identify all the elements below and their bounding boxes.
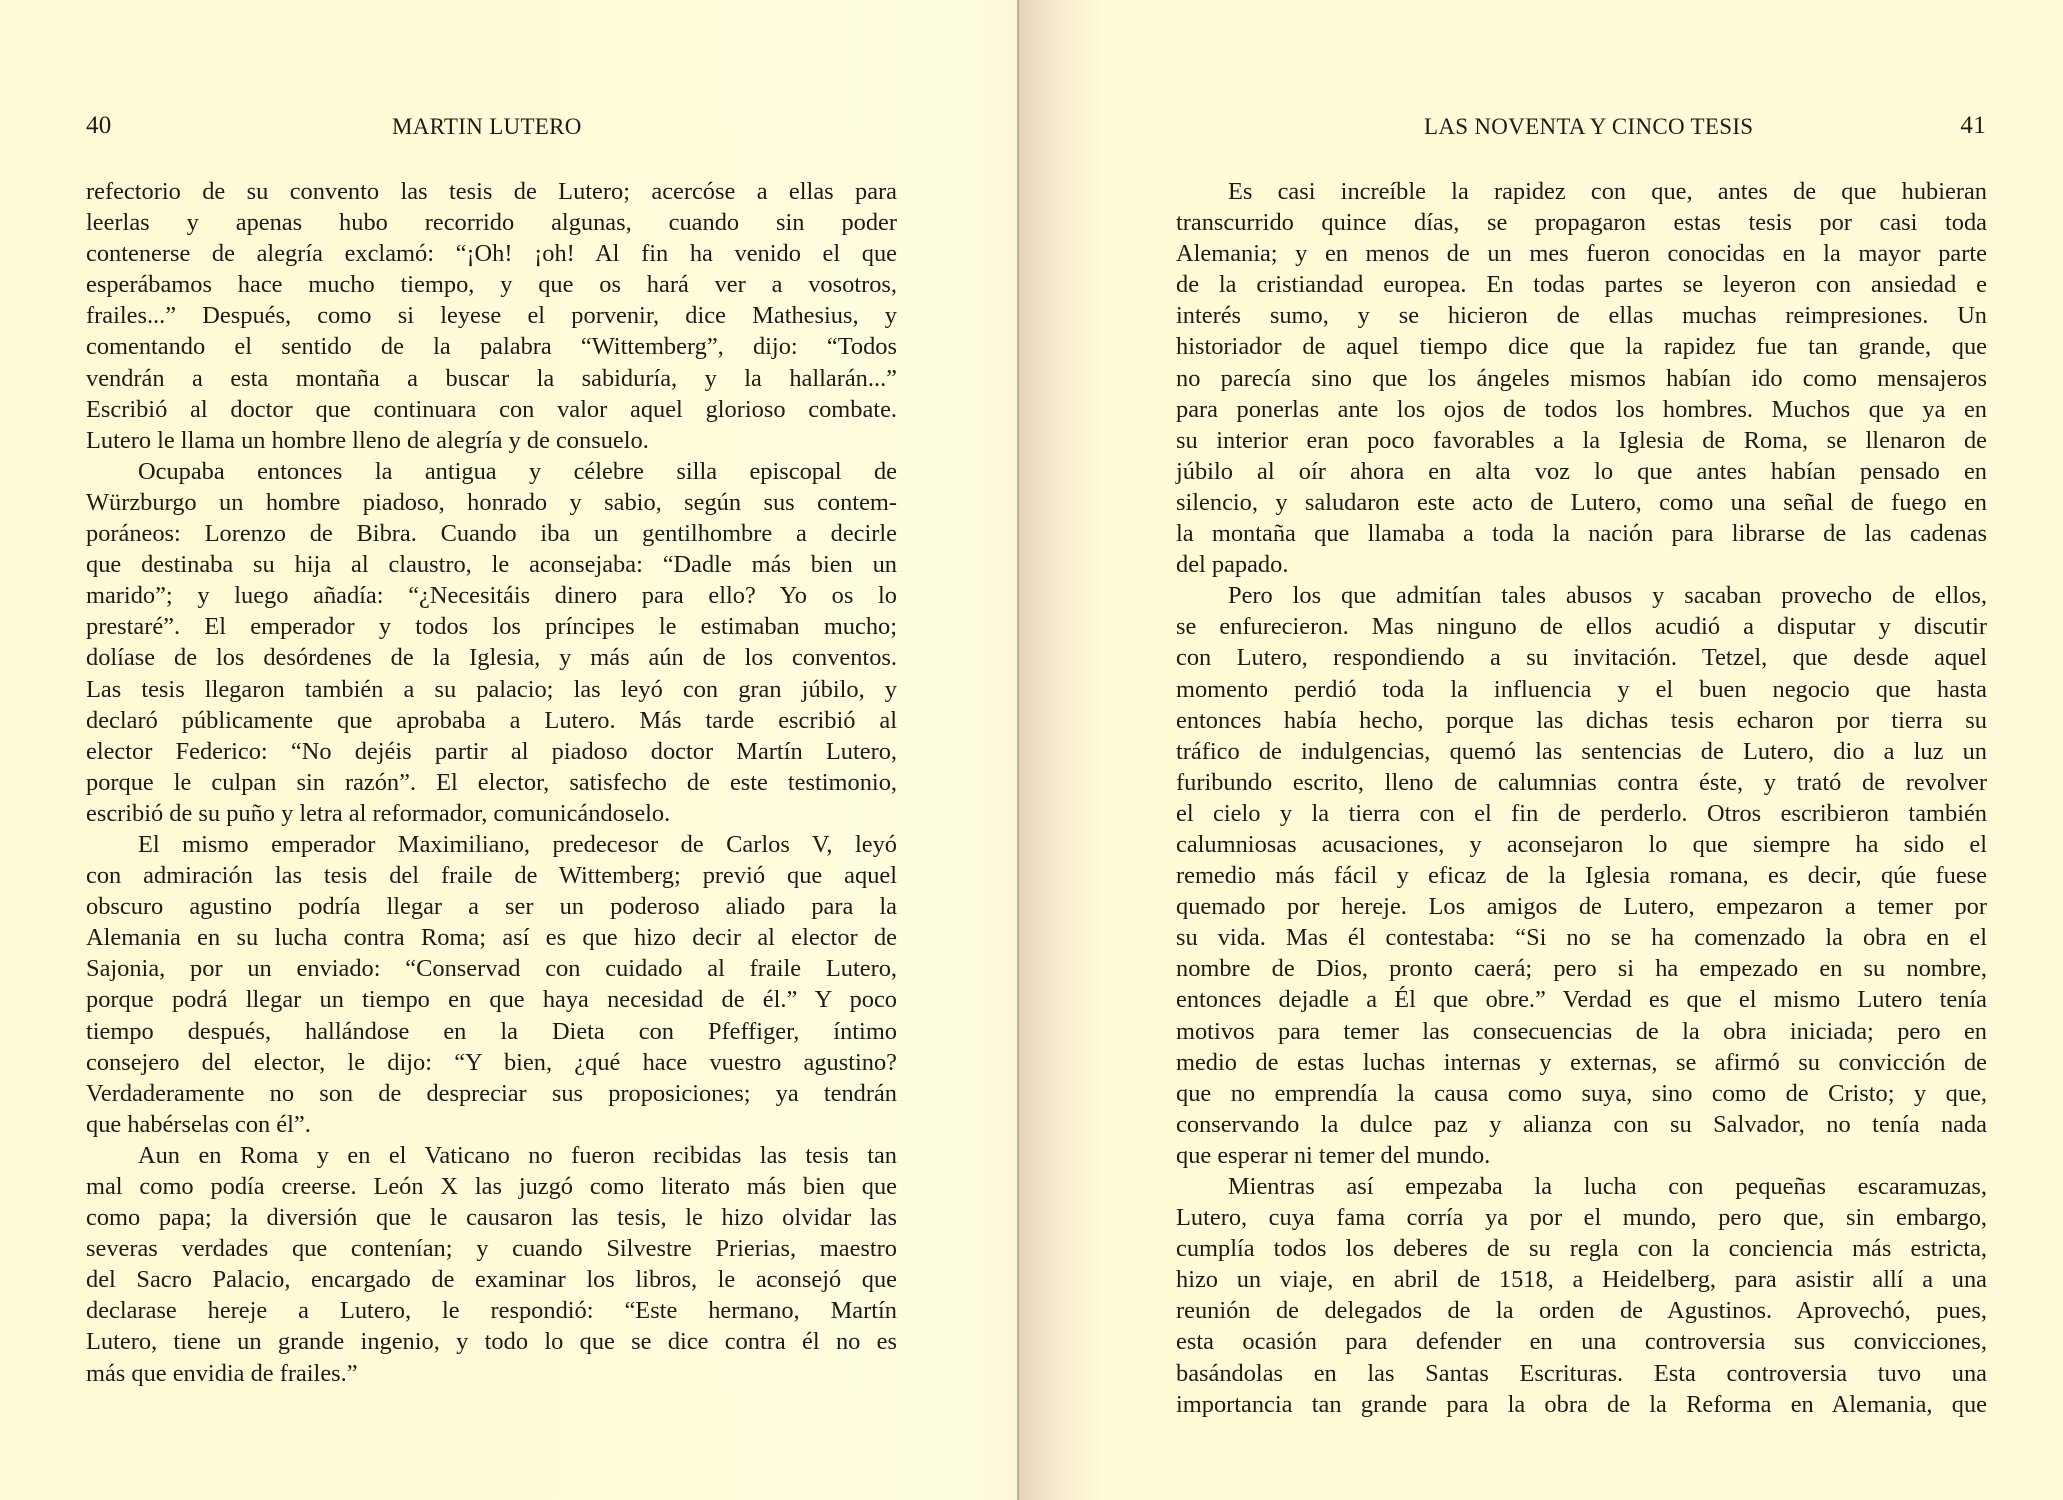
text-line: que habérselas con él”. <box>86 1109 897 1140</box>
running-head: MARTIN LUTERO <box>392 114 582 140</box>
text-line: calumniosas acusaciones, y aconsejaron l… <box>1176 829 1987 860</box>
text-line: elector Federico: “No dejéis partir al p… <box>86 736 897 767</box>
right-page-header: LAS NOVENTA Y CINCO TESIS 41 <box>1176 114 1986 150</box>
text-line: declarase hereje a Lutero, le respondió:… <box>86 1295 897 1326</box>
text-line: frailes...” Después, como si leyese el p… <box>86 300 897 331</box>
text-line: Las tesis llegaron también a su palacio;… <box>86 674 897 705</box>
text-line: Alemania en su lucha contra Roma; así es… <box>86 922 897 953</box>
text-line: Escribió al doctor que continuara con va… <box>86 394 897 425</box>
left-page: 40 MARTIN LUTERO refectorio de su conven… <box>0 0 1018 1500</box>
text-line: que esperar ni temer del mundo. <box>1176 1140 1987 1171</box>
text-line: más que envidia de frailes.” <box>86 1358 897 1389</box>
page-number: 40 <box>86 112 112 140</box>
text-line: interés sumo, y se hicieron de ellas muc… <box>1176 300 1987 331</box>
text-line: reunión de delegados de la orden de Agus… <box>1176 1295 1987 1326</box>
text-line: tiempo después, hallándose en la Dieta c… <box>86 1016 897 1047</box>
text-line: Es casi increíble la rapidez con que, an… <box>1176 176 1987 207</box>
text-line: júbilo al oír ahora en alta voz lo que a… <box>1176 456 1987 487</box>
right-page-body: Es casi increíble la rapidez con que, an… <box>1176 176 1987 1420</box>
text-line: mal como podía creerse. León X las juzgó… <box>86 1171 897 1202</box>
text-line: entonces dejadle a Él que obre.” Verdad … <box>1176 984 1987 1015</box>
text-line: para ponerlas ante los ojos de todos los… <box>1176 394 1987 425</box>
text-line: Ocupaba entonces la antigua y célebre si… <box>86 456 897 487</box>
text-line: esta ocasión para defender en una contro… <box>1176 1326 1987 1357</box>
text-line: esperábamos hace mucho tiempo, y que os … <box>86 269 897 300</box>
text-line: transcurrido quince días, se propagaron … <box>1176 207 1987 238</box>
text-line: del Sacro Palacio, encargado de examinar… <box>86 1264 897 1295</box>
text-line: furibundo escrito, lleno de calumnias co… <box>1176 767 1987 798</box>
text-line: Alemania; y en menos de un mes fueron co… <box>1176 238 1987 269</box>
text-line: cumplía todos los deberes de su regla co… <box>1176 1233 1987 1264</box>
running-head: LAS NOVENTA Y CINCO TESIS <box>1424 114 1753 140</box>
paragraph: Pero los que admitían tales abusos y sac… <box>1176 580 1987 1171</box>
text-line: escribió de su puño y letra al reformado… <box>86 798 897 829</box>
text-line: como papa; la diversión que le causaron … <box>86 1202 897 1233</box>
text-line: dolíase de los desórdenes de la Iglesia,… <box>86 642 897 673</box>
text-line: que no emprendía la causa como suya, sin… <box>1176 1078 1987 1109</box>
text-line: Lutero le llama un hombre lleno de alegr… <box>86 425 897 456</box>
text-line: importancia tan grande para la obra de l… <box>1176 1389 1987 1420</box>
text-line: quemado por hereje. Los amigos de Lutero… <box>1176 891 1987 922</box>
text-line: leerlas y apenas hubo recorrido algunas,… <box>86 207 897 238</box>
text-line: su vida. Mas él contestaba: “Si no se ha… <box>1176 922 1987 953</box>
text-line: con admiración las tesis del fraile de W… <box>86 860 897 891</box>
book-spread: 40 MARTIN LUTERO refectorio de su conven… <box>0 0 2063 1500</box>
page-number: 41 <box>1960 112 1986 140</box>
text-line: declaró públicamente que aprobaba a Lute… <box>86 705 897 736</box>
text-line: porque podrá llegar un tiempo en que hay… <box>86 984 897 1015</box>
text-line: que destinaba su hija al claustro, le ac… <box>86 549 897 580</box>
text-line: poráneos: Lorenzo de Bibra. Cuando iba u… <box>86 518 897 549</box>
text-line: comentando el sentido de la palabra “Wit… <box>86 331 897 362</box>
text-line: el cielo y la tierra con el fin de perde… <box>1176 798 1987 829</box>
text-line: la montaña que llamaba a toda la nación … <box>1176 518 1987 549</box>
text-line: tráfico de indulgencias, quemó las sente… <box>1176 736 1987 767</box>
text-line: Lutero, cuya fama corría ya por el mundo… <box>1176 1202 1987 1233</box>
text-line: no parecía sino que los ángeles mismos h… <box>1176 363 1987 394</box>
text-line: momento perdió toda la influencia y el b… <box>1176 674 1987 705</box>
right-page: LAS NOVENTA Y CINCO TESIS 41 Es casi inc… <box>1018 0 2063 1500</box>
paragraph: Es casi increíble la rapidez con que, an… <box>1176 176 1987 580</box>
text-line: Verdaderamente no son de despreciar sus … <box>86 1078 897 1109</box>
text-line: Aun en Roma y en el Vaticano no fueron r… <box>86 1140 897 1171</box>
text-line: remedio más fácil y eficaz de la Iglesia… <box>1176 860 1987 891</box>
text-line: se enfurecieron. Mas ninguno de ellos ac… <box>1176 611 1987 642</box>
text-line: contenerse de alegría exclamó: “¡Oh! ¡oh… <box>86 238 897 269</box>
text-line: El mismo emperador Maximiliano, predeces… <box>86 829 897 860</box>
text-line: severas verdades que contenían; y cuando… <box>86 1233 897 1264</box>
text-line: porque le culpan sin razón”. El elector,… <box>86 767 897 798</box>
text-line: medio de estas luchas internas y externa… <box>1176 1047 1987 1078</box>
text-line: marido”; y luego añadía: “¿Necesitáis di… <box>86 580 897 611</box>
text-line: conservando la dulce paz y alianza con s… <box>1176 1109 1987 1140</box>
text-line: refectorio de su convento las tesis de L… <box>86 176 897 207</box>
text-line: Mientras así empezaba la lucha con peque… <box>1176 1171 1987 1202</box>
text-line: historiador de aquel tiempo dice que la … <box>1176 331 1987 362</box>
left-page-header: 40 MARTIN LUTERO <box>86 114 896 150</box>
paragraph: El mismo emperador Maximiliano, predeces… <box>86 829 897 1140</box>
text-line: entonces había hecho, porque las dichas … <box>1176 705 1987 736</box>
text-line: del papado. <box>1176 549 1987 580</box>
text-line: nombre de Dios, pronto caerá; pero si ha… <box>1176 953 1987 984</box>
text-line: silencio, y saludaron este acto de Luter… <box>1176 487 1987 518</box>
text-line: Pero los que admitían tales abusos y sac… <box>1176 580 1987 611</box>
paragraph: Mientras así empezaba la lucha con peque… <box>1176 1171 1987 1420</box>
left-page-body: refectorio de su convento las tesis de L… <box>86 176 897 1389</box>
text-line: Lutero, tiene un grande ingenio, y todo … <box>86 1326 897 1357</box>
paragraph: Ocupaba entonces la antigua y célebre si… <box>86 456 897 829</box>
text-line: vendrán a esta montaña a buscar la sabid… <box>86 363 897 394</box>
text-line: motivos para temer las consecuencias de … <box>1176 1016 1987 1047</box>
text-line: obscuro agustino podría llegar a ser un … <box>86 891 897 922</box>
text-line: hizo un viaje, en abril de 1518, a Heide… <box>1176 1264 1987 1295</box>
book-gutter <box>1017 0 1019 1500</box>
text-line: con Lutero, respondiendo a su invitación… <box>1176 642 1987 673</box>
text-line: de la cristiandad europea. En todas part… <box>1176 269 1987 300</box>
text-line: Sajonia, por un enviado: “Conservad con … <box>86 953 897 984</box>
paragraph: Aun en Roma y en el Vaticano no fueron r… <box>86 1140 897 1389</box>
paragraph: refectorio de su convento las tesis de L… <box>86 176 897 456</box>
text-line: su interior eran poco favorables a la Ig… <box>1176 425 1987 456</box>
text-line: Würzburgo un hombre piadoso, honrado y s… <box>86 487 897 518</box>
text-line: consejero del elector, le dijo: “Y bien,… <box>86 1047 897 1078</box>
text-line: basándolas en las Santas Escrituras. Est… <box>1176 1358 1987 1389</box>
text-line: prestaré”. El emperador y todos los prín… <box>86 611 897 642</box>
